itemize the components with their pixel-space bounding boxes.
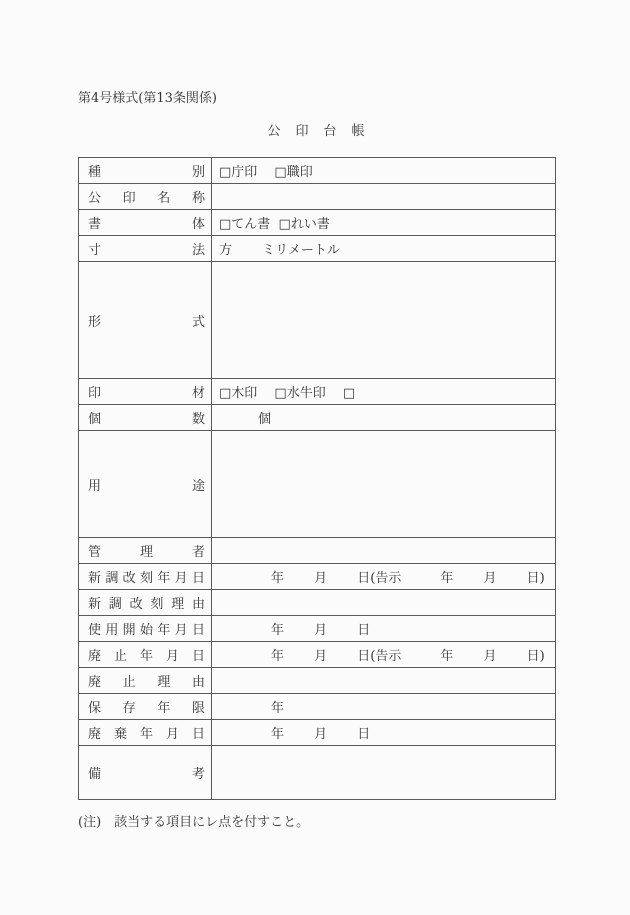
seal-register-table: 種別 □庁印 □職印 公印名称 書体 □てん書 □れい書 寸法 方 ミリメートル… bbox=[78, 157, 556, 800]
value-material: □木印 □水牛印 □ bbox=[212, 379, 556, 405]
label-material: 印材 bbox=[79, 379, 212, 405]
value-quantity: 個 bbox=[212, 405, 556, 431]
table-row-type: 種別 □庁印 □職印 bbox=[79, 158, 556, 184]
value-new-engraving-reason bbox=[212, 590, 556, 616]
table-row-seal-name: 公印名称 bbox=[79, 184, 556, 210]
label-custodian: 管理者 bbox=[79, 538, 212, 564]
form-number: 第4号様式(第13条関係) bbox=[78, 87, 217, 106]
value-seal-name bbox=[212, 184, 556, 210]
value-form-style bbox=[212, 262, 556, 379]
table-row-use-start-date: 使用開始年月日 年 月 日 bbox=[79, 616, 556, 642]
value-remarks bbox=[212, 746, 556, 800]
value-typeface: □てん書 □れい書 bbox=[212, 210, 556, 236]
label-form-style: 形式 bbox=[79, 262, 212, 379]
value-retention-period: 年 bbox=[212, 694, 556, 720]
label-abolition-reason: 廃止理由 bbox=[79, 668, 212, 694]
table-row-remarks: 備考 bbox=[79, 746, 556, 800]
table-row-custodian: 管理者 bbox=[79, 538, 556, 564]
value-type: □庁印 □職印 bbox=[212, 158, 556, 184]
value-new-engraving-date: 年 月 日(告示 年 月 日) bbox=[212, 564, 556, 590]
label-retention-period: 保存年限 bbox=[79, 694, 212, 720]
value-use bbox=[212, 431, 556, 538]
value-custodian bbox=[212, 538, 556, 564]
label-remarks: 備考 bbox=[79, 746, 212, 800]
label-new-engraving-date: 新調改刻年月日 bbox=[79, 564, 212, 590]
label-quantity: 個数 bbox=[79, 405, 212, 431]
label-use: 用途 bbox=[79, 431, 212, 538]
value-abolition-date: 年 月 日(告示 年 月 日) bbox=[212, 642, 556, 668]
label-dimensions: 寸法 bbox=[79, 236, 212, 262]
table-row-new-engraving-reason: 新調改刻理由 bbox=[79, 590, 556, 616]
footnote: (注) 該当する項目にレ点を付すこと。 bbox=[78, 811, 309, 830]
table-row-dimensions: 寸法 方 ミリメートル bbox=[79, 236, 556, 262]
table-row-new-engraving-date: 新調改刻年月日 年 月 日(告示 年 月 日) bbox=[79, 564, 556, 590]
table-row-use: 用途 bbox=[79, 431, 556, 538]
label-seal-name: 公印名称 bbox=[79, 184, 212, 210]
label-new-engraving-reason: 新調改刻理由 bbox=[79, 590, 212, 616]
table-row-abolition-reason: 廃止理由 bbox=[79, 668, 556, 694]
page-title: 公 印 台 帳 bbox=[78, 120, 555, 139]
table-row-disposal-date: 廃棄年月日 年 月 日 bbox=[79, 720, 556, 746]
table-row-retention-period: 保存年限 年 bbox=[79, 694, 556, 720]
table-row-abolition-date: 廃止年月日 年 月 日(告示 年 月 日) bbox=[79, 642, 556, 668]
label-typeface: 書体 bbox=[79, 210, 212, 236]
table-row-material: 印材 □木印 □水牛印 □ bbox=[79, 379, 556, 405]
value-abolition-reason bbox=[212, 668, 556, 694]
label-abolition-date: 廃止年月日 bbox=[79, 642, 212, 668]
document-page: 第4号様式(第13条関係) 公 印 台 帳 種別 □庁印 □職印 公印名称 書体… bbox=[0, 0, 630, 915]
table-row-quantity: 個数 個 bbox=[79, 405, 556, 431]
table-row-typeface: 書体 □てん書 □れい書 bbox=[79, 210, 556, 236]
label-disposal-date: 廃棄年月日 bbox=[79, 720, 212, 746]
label-use-start-date: 使用開始年月日 bbox=[79, 616, 212, 642]
table-row-form-style: 形式 bbox=[79, 262, 556, 379]
label-type: 種別 bbox=[79, 158, 212, 184]
value-dimensions: 方 ミリメートル bbox=[212, 236, 556, 262]
value-use-start-date: 年 月 日 bbox=[212, 616, 556, 642]
value-disposal-date: 年 月 日 bbox=[212, 720, 556, 746]
